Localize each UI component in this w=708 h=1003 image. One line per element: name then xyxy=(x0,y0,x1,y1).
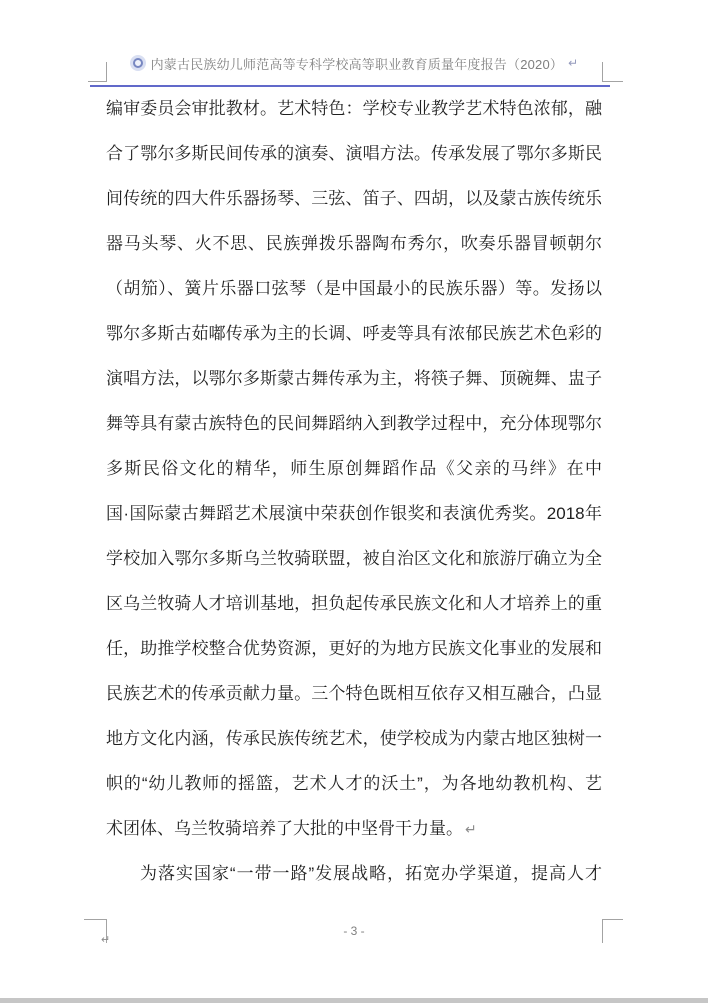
text-line: 术团体、乌兰牧骑培养了大批的中坚骨干力量。↵ xyxy=(106,806,602,851)
school-emblem-icon xyxy=(130,55,146,71)
page-footer: ↵ - 3 - xyxy=(106,920,602,942)
text-line: 国·国际蒙古舞蹈艺术展演中荣获创作银奖和表演优秀奖。2018年 xyxy=(106,491,602,536)
school-emblem-inner xyxy=(133,58,143,68)
footer-page-number: - 3 - xyxy=(343,924,364,938)
text-line: （胡笳）、簧片乐器口弦琴（是中国最小的民族乐器）等。发扬以 xyxy=(106,266,602,311)
crop-mark-top-left xyxy=(88,62,107,82)
text-line: 多斯民俗文化的精华，师生原创舞蹈作品《父亲的马绊》在中 xyxy=(106,446,602,491)
text-line: 演唱方法，以鄂尔多斯蒙古舞传承为主，将筷子舞、顶碗舞、盅子 xyxy=(106,356,602,401)
document-page: 内蒙古民族幼儿师范高等专科学校高等职业教育质量年度报告（2020） ↵ 编审委员… xyxy=(0,0,708,1003)
text-line: 民族艺术的传承贡献力量。三个特色既相互依存又相互融合，凸显 xyxy=(106,671,602,716)
header-paragraph-mark-icon: ↵ xyxy=(568,56,578,70)
crop-mark-top-right xyxy=(602,62,623,82)
header-title: 内蒙古民族幼儿师范高等专科学校高等职业教育质量年度报告（2020） xyxy=(151,54,564,73)
footer-paragraph-mark-icon: ↵ xyxy=(101,929,110,951)
text-line: 舞等具有蒙古族特色的民间舞蹈纳入到教学过程中，充分体现鄂尔 xyxy=(106,401,602,446)
text-line: 为落实国家“一带一路”发展战略，拓宽办学渠道，提高人才 xyxy=(106,851,602,896)
text-line: 学校加入鄂尔多斯乌兰牧骑联盟，被自治区文化和旅游厅确立为全 xyxy=(106,536,602,581)
text-run: 术团体、乌兰牧骑培养了大批的中坚骨干力量。 xyxy=(106,819,463,838)
text-line: 帜的“幼儿教师的摇篮，艺术人才的沃土”，为各地幼教机构、艺 xyxy=(106,761,602,806)
text-line: 器马头琴、火不思、民族弹拨乐器陶布秀尔，吹奏乐器冒顿朝尔 xyxy=(106,221,602,266)
document-body: 编审委员会审批教材。艺术特色：学校专业教学艺术特色浓郁，融 合了鄂尔多斯民间传承… xyxy=(106,86,602,896)
text-line: 间传统的四大件乐器扬琴、三弦、笛子、四胡，以及蒙古族传统乐 xyxy=(106,176,602,221)
text-line: 任，助推学校整合优势资源，更好的为地方民族文化事业的发展和 xyxy=(106,626,602,671)
window-bottom-edge xyxy=(0,998,708,1003)
text-line: 地方文化内涵，传承民族传统艺术，使学校成为内蒙古地区独树一 xyxy=(106,716,602,761)
paragraph-mark-icon: ↵ xyxy=(465,821,477,837)
crop-mark-bottom-right xyxy=(602,919,623,943)
text-line: 合了鄂尔多斯民间传承的演奏、演唱方法。传承发展了鄂尔多斯民 xyxy=(106,131,602,176)
text-line: 鄂尔多斯古茹嘟传承为主的长调、呼麦等具有浓郁民族艺术色彩的 xyxy=(106,311,602,356)
page-header: 内蒙古民族幼儿师范高等专科学校高等职业教育质量年度报告（2020） ↵ xyxy=(106,49,602,77)
text-line: 区乌兰牧骑人才培训基地，担负起传承民族文化和人才培养上的重 xyxy=(106,581,602,626)
text-line: 编审委员会审批教材。艺术特色：学校专业教学艺术特色浓郁，融 xyxy=(106,86,602,131)
